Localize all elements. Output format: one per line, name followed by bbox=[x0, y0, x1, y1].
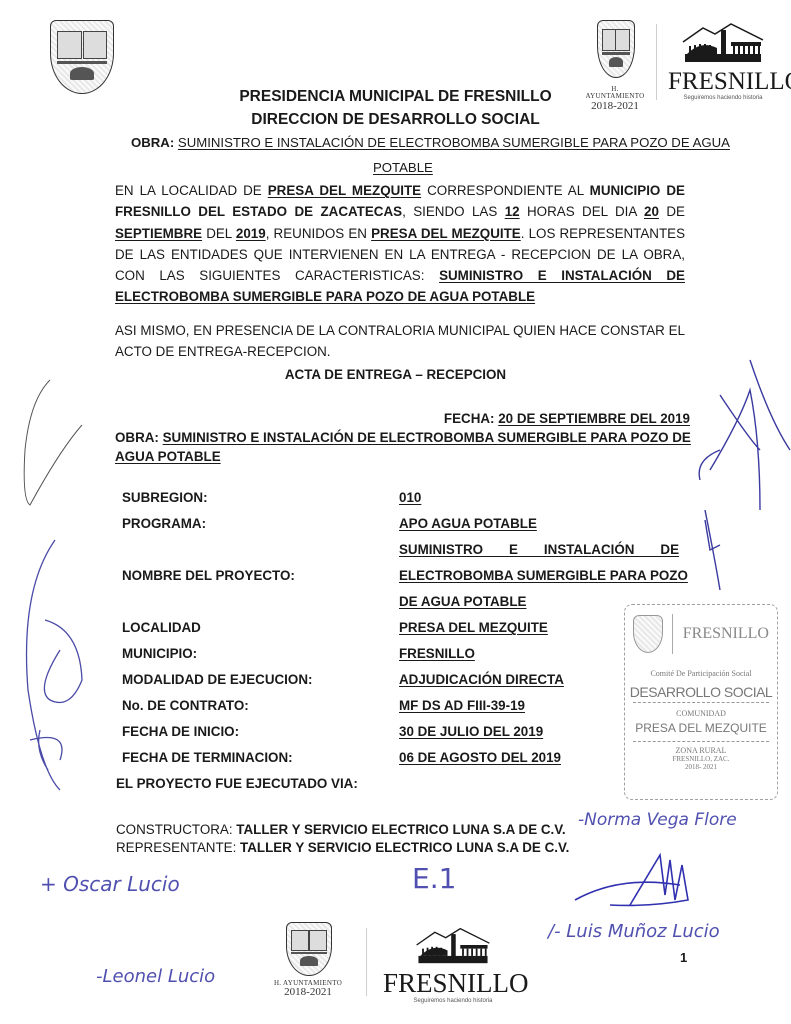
signature-scribble-center-right bbox=[570, 855, 710, 915]
fresnillo-monument-icon bbox=[681, 20, 765, 64]
footer-fresnillo-monument-icon bbox=[405, 925, 501, 965]
signature-right-margin bbox=[700, 360, 790, 600]
fecha-label: FECHA: bbox=[444, 411, 495, 426]
footer-ayuntamiento-shield-logo bbox=[286, 922, 332, 976]
intro-hora: 12 bbox=[505, 204, 520, 219]
footer-logo-divider bbox=[366, 928, 367, 996]
intro-anio: 2019 bbox=[236, 226, 266, 241]
contrato-label: No. DE CONTRATO: bbox=[122, 698, 249, 713]
stamp-ciudad: FRESNILLO, ZAC. bbox=[625, 755, 777, 763]
acta-obra-label: OBRA: bbox=[115, 430, 159, 445]
representante-label: REPRESENTANTE: bbox=[116, 840, 236, 855]
via-label: EL PROYECTO FUE EJECUTADO VIA: bbox=[116, 776, 358, 791]
intro-text: , SIENDO LAS bbox=[402, 204, 497, 219]
proyecto-value-line1: SUMINISTRO E INSTALACIÓN DE bbox=[399, 542, 679, 557]
obra-value-cont: POTABLE bbox=[373, 158, 433, 178]
signature-left-margin-top bbox=[0, 360, 100, 510]
constructora-line: CONSTRUCTORA: TALLER Y SERVICIO ELECTRIC… bbox=[116, 820, 566, 840]
subregion-label: SUBREGION: bbox=[122, 490, 208, 505]
constructora-value: TALLER Y SERVICIO ELECTRICO LUNA S.A DE … bbox=[236, 822, 565, 837]
localidad-label: LOCALIDAD bbox=[122, 620, 201, 635]
proyecto-value-line2: ELECTROBOMBA SUMERGIBLE PARA POZO bbox=[399, 568, 688, 583]
programa-value: APO AGUA POTABLE bbox=[399, 516, 537, 531]
signature-norma: -Norma Vega Flore bbox=[578, 810, 737, 830]
representante-line: REPRESENTANTE: TALLER Y SERVICIO ELECTRI… bbox=[116, 838, 569, 858]
proyecto-label: NOMBRE DEL PROYECTO: bbox=[122, 568, 295, 583]
footer-ayuntamiento-years: 2018-2021 bbox=[273, 987, 343, 999]
signature-luis: /- Luis Muñoz Lucio bbox=[548, 921, 720, 942]
community-committee-stamp: FRESNILLO Comité De Participación Social… bbox=[624, 604, 778, 800]
intro-dia: 20 bbox=[644, 204, 659, 219]
ayuntamiento-shield-logo bbox=[597, 20, 635, 78]
intro-lugar: PRESA DEL MEZQUITE bbox=[371, 226, 521, 241]
intro-localidad: PRESA DEL MEZQUITE bbox=[268, 183, 421, 198]
signature-e1: E.1 bbox=[412, 862, 456, 895]
acta-obra-value-cont: AGUA POTABLE bbox=[115, 447, 221, 467]
contrato-value: MF DS AD FIII-39-19 bbox=[399, 698, 525, 713]
signature-left-margin-blue bbox=[0, 530, 100, 800]
intro-text: CORRESPONDIENTE AL bbox=[427, 183, 584, 198]
subregion-value: 010 bbox=[399, 490, 421, 505]
termino-label: FECHA DE TERMINACION: bbox=[122, 750, 293, 765]
fecha-value: 20 DE SEPTIEMBRE DEL 2019 bbox=[498, 411, 690, 426]
obra-header: OBRA: SUMINISTRO E INSTALACIÓN DE ELECTR… bbox=[131, 133, 730, 153]
inicio-label: FECHA DE INICIO: bbox=[122, 724, 239, 739]
stamp-comunidad: PRESA DEL MEZQUITE bbox=[625, 721, 777, 735]
intro-text: DE bbox=[666, 204, 685, 219]
footer-brand-name: FRESNILLO bbox=[383, 970, 523, 997]
termino-value: 06 DE AGOSTO DEL 2019 bbox=[399, 750, 561, 765]
intro-text: HORAS DEL DIA bbox=[527, 204, 637, 219]
programa-label: PROGRAMA: bbox=[122, 516, 206, 531]
footer-ayuntamiento-caption: H. AYUNTAMIENTO 2018-2021 bbox=[273, 980, 343, 999]
inicio-value: 30 DE JULIO DEL 2019 bbox=[399, 724, 543, 739]
page-number: 1 bbox=[680, 950, 687, 965]
stamp-years: 2018- 2021 bbox=[625, 763, 777, 771]
intro-mes: SEPTIEMBRE bbox=[115, 226, 202, 241]
signature-oscar: + Oscar Lucio bbox=[40, 872, 180, 896]
acta-fecha: FECHA: 20 DE SEPTIEMBRE DEL 2019 bbox=[444, 409, 690, 429]
localidad-value: PRESA DEL MEZQUITE bbox=[399, 620, 548, 635]
modalidad-label: MODALIDAD DE EJECUCION: bbox=[122, 672, 312, 687]
representante-value: TALLER Y SERVICIO ELECTRICO LUNA S.A DE … bbox=[240, 840, 569, 855]
footer-brand-tagline: Seguiremos haciendo historia bbox=[383, 998, 523, 1004]
signature-leonel: -Leonel Lucio bbox=[96, 966, 215, 987]
obra-label: OBRA: bbox=[131, 135, 174, 150]
stamp-area: DESARROLLO SOCIAL bbox=[625, 684, 777, 700]
page-title-direccion: DIRECCION DE DESARROLLO SOCIAL bbox=[0, 111, 791, 129]
page-title-presidencia: PRESIDENCIA MUNICIPAL DE FRESNILLO bbox=[0, 88, 791, 106]
municipio-label: MUNICIPIO: bbox=[122, 646, 197, 661]
intro-paragraph: EN LA LOCALIDAD DE PRESA DEL MEZQUITE CO… bbox=[115, 180, 685, 308]
municipal-coat-of-arms-logo bbox=[50, 20, 114, 94]
stamp-comunidad-label: COMUNIDAD bbox=[625, 709, 777, 718]
municipio-value: FRESNILLO bbox=[399, 646, 475, 661]
footer-fresnillo-brand-logo: FRESNILLO Seguiremos haciendo historia bbox=[383, 925, 523, 1004]
stamp-zona: ZONA RURAL bbox=[625, 746, 777, 755]
stamp-brand: FRESNILLO bbox=[683, 625, 769, 643]
acta-obra: OBRA: SUMINISTRO E INSTALACIÓN DE ELECTR… bbox=[115, 428, 691, 448]
acta-title: ACTA DE ENTREGA – RECEPCION bbox=[0, 365, 791, 385]
intro-text: DEL bbox=[206, 226, 232, 241]
intro-text: , REUNIDOS EN bbox=[266, 226, 367, 241]
acta-obra-value: SUMINISTRO E INSTALACIÓN DE ELECTROBOMBA… bbox=[163, 430, 691, 445]
contraloria-paragraph: ASI MISMO, EN PRESENCIA DE LA CONTRALORI… bbox=[115, 320, 685, 362]
intro-text: EN LA LOCALIDAD DE bbox=[115, 183, 262, 198]
modalidad-value: ADJUDICACIÓN DIRECTA bbox=[399, 672, 564, 687]
constructora-label: CONSTRUCTORA: bbox=[116, 822, 233, 837]
stamp-shield-icon bbox=[633, 615, 663, 653]
obra-value: SUMINISTRO E INSTALACIÓN DE ELECTROBOMBA… bbox=[178, 135, 730, 150]
stamp-comite: Comité De Participación Social bbox=[625, 669, 777, 678]
proyecto-value-line3: DE AGUA POTABLE bbox=[399, 594, 526, 609]
